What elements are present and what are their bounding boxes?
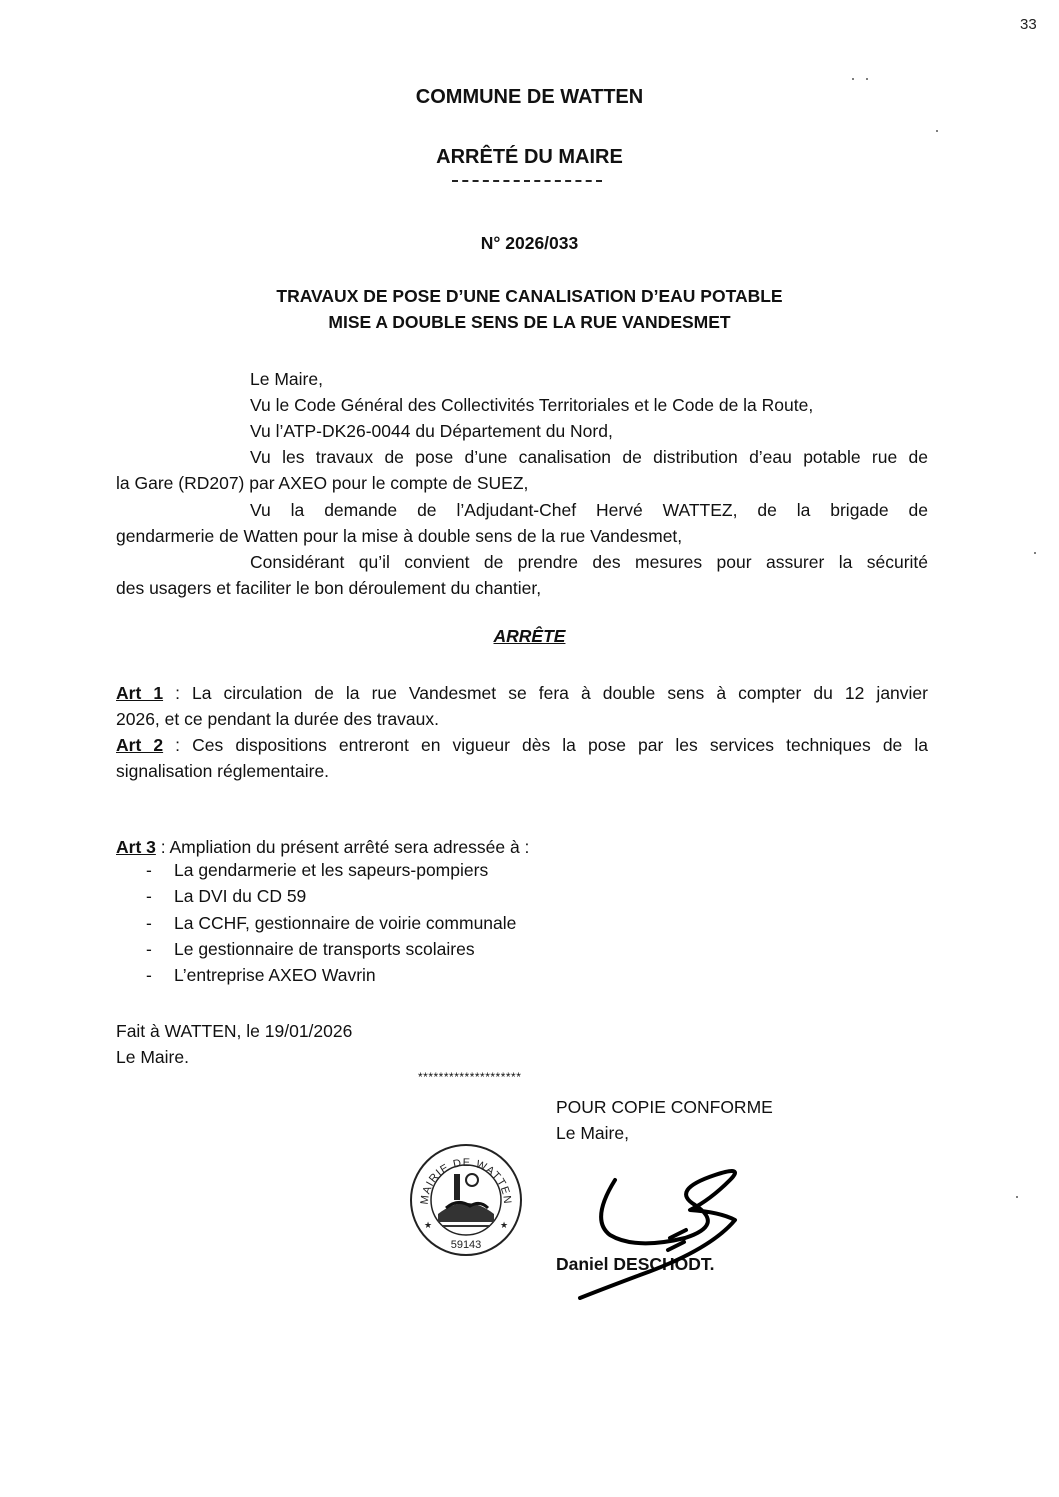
seal-icon: MAIRIE DE WATTEN 59143 ★ ★ bbox=[408, 1142, 524, 1258]
article-label: Art 3 bbox=[116, 837, 156, 857]
copy-conforme: POUR COPIE CONFORME bbox=[556, 1097, 773, 1118]
preamble-line: Vu les travaux de pose d’une canalisatio… bbox=[116, 444, 928, 470]
article-text: 2026, et ce pendant la durée des travaux… bbox=[116, 706, 928, 732]
bullet-dash: - bbox=[146, 965, 152, 986]
scan-speck bbox=[936, 130, 938, 132]
commune-heading: COMMUNE DE WATTEN bbox=[0, 86, 1059, 109]
bullet-dash: - bbox=[146, 886, 152, 907]
list-item: La DVI du CD 59 bbox=[174, 886, 306, 907]
copy-signatory: Le Maire, bbox=[556, 1123, 629, 1144]
list-item: L’entreprise AXEO Wavrin bbox=[174, 965, 376, 986]
signature-icon bbox=[560, 1150, 800, 1300]
article-label: Art 1 bbox=[116, 683, 163, 703]
preamble-line: Vu la demande de l’Adjudant-Chef Hervé W… bbox=[116, 497, 928, 523]
svg-text:★: ★ bbox=[424, 1220, 432, 1230]
signature bbox=[560, 1150, 800, 1300]
svg-text:★: ★ bbox=[500, 1220, 508, 1230]
article-label: Art 2 bbox=[116, 735, 163, 755]
svg-text:59143: 59143 bbox=[451, 1239, 482, 1251]
preamble-line: des usagers et faciliter le bon déroulem… bbox=[116, 575, 928, 601]
page-number: 33 bbox=[1020, 16, 1037, 33]
decree-number: N° 2026/033 bbox=[0, 233, 1059, 254]
stars-divider: ******************** bbox=[418, 1070, 521, 1084]
bullet-dash: - bbox=[146, 913, 152, 934]
preamble-line: Vu le Code Général des Collectivités Ter… bbox=[116, 392, 928, 418]
arrete-heading: ARRÊTE bbox=[0, 626, 1059, 647]
signatory-title: Le Maire. bbox=[116, 1044, 928, 1070]
scan-speck bbox=[852, 78, 854, 80]
scan-speck bbox=[866, 78, 868, 80]
preamble-line: Vu l’ATP-DK26-0044 du Département du Nor… bbox=[116, 418, 928, 444]
article-text: : La circulation de la rue Vandesmet se … bbox=[163, 683, 928, 703]
document-title: ARRÊTÉ DU MAIRE bbox=[0, 146, 1059, 169]
list-item: La CCHF, gestionnaire de voirie communal… bbox=[174, 913, 516, 934]
list-item: La gendarmerie et les sapeurs-pompiers bbox=[174, 860, 488, 881]
article-text: : Ces dispositions entreront en vigueur … bbox=[163, 735, 928, 755]
preamble-line: la Gare (RD207) par AXEO pour le compte … bbox=[116, 470, 928, 496]
article-text: : Ampliation du présent arrêté sera adre… bbox=[156, 837, 530, 857]
place-date: Fait à WATTEN, le 19/01/2026 bbox=[116, 1018, 928, 1044]
article-text: signalisation réglementaire. bbox=[116, 758, 928, 784]
bullet-dash: - bbox=[146, 939, 152, 960]
subject-line-2: MISE A DOUBLE SENS DE LA RUE VANDESMET bbox=[0, 312, 1059, 333]
title-divider bbox=[452, 180, 602, 182]
scan-speck bbox=[1034, 552, 1036, 554]
scan-speck bbox=[1016, 1196, 1018, 1198]
bullet-dash: - bbox=[146, 860, 152, 881]
preamble-line: gendarmerie de Watten pour la mise à dou… bbox=[116, 523, 928, 549]
mairie-stamp: MAIRIE DE WATTEN 59143 ★ ★ bbox=[408, 1142, 524, 1258]
subject-line-1: TRAVAUX DE POSE D’UNE CANALISATION D’EAU… bbox=[0, 286, 1059, 307]
list-item: Le gestionnaire de transports scolaires bbox=[174, 939, 475, 960]
preamble-line: Considérant qu’il convient de prendre de… bbox=[116, 549, 928, 575]
preamble-line: Le Maire, bbox=[116, 366, 928, 392]
